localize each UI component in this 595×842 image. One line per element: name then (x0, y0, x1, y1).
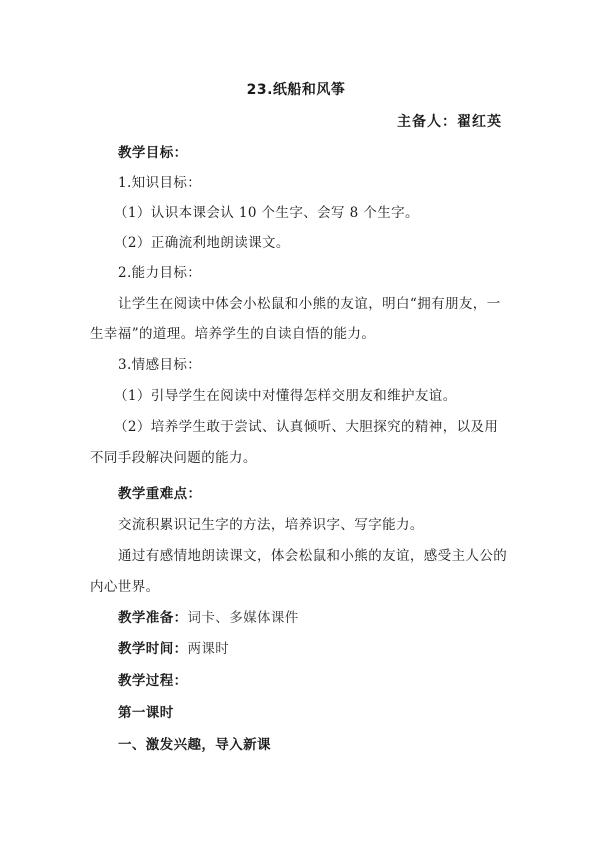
preparation-label: 教学准备： (118, 610, 188, 626)
process-heading: 教学过程： (118, 673, 188, 689)
time-line: 教学时间：两课时 (118, 641, 229, 657)
preparation-value: 词卡、多媒体课件 (188, 610, 299, 626)
ability-heading: 2.能力目标： (118, 265, 201, 281)
knowledge-item-2: （2）正确流利地朗读课文。 (114, 235, 290, 251)
objectives-heading: 教学目标： (118, 145, 188, 161)
key-points-paragraph-2-line-1: 通过有感情地朗读课文，体会松鼠和小熊的友谊，感受主人公的 (118, 548, 507, 564)
key-points-paragraph-2-line-2: 内心世界。 (90, 579, 160, 595)
lesson-one-heading: 第一课时 (118, 705, 174, 721)
emotion-item-2-line-1: （2）培养学生敢于尝试、认真倾听、大胆探究的精神，以及用 (114, 419, 498, 435)
knowledge-item-1: （1）认识本课会认 10 个生字、会写 8 个生字。 (114, 205, 419, 221)
key-points-paragraph-1: 交流积累识记生字的方法，培养识字、写字能力。 (118, 517, 424, 533)
time-value: 两课时 (188, 641, 230, 657)
document-title: 23.纸船和风筝 (90, 79, 502, 99)
step-one-heading: 一、激发兴趣，导入新课 (118, 737, 271, 753)
key-points-heading: 教学重难点： (118, 486, 201, 502)
author-line: 主备人：翟红英 (397, 111, 502, 131)
time-label: 教学时间： (118, 641, 188, 657)
emotion-item-2-line-2: 不同手段解决问题的能力。 (90, 450, 257, 466)
knowledge-heading: 1.知识目标： (118, 175, 201, 191)
ability-paragraph-line-2: 生幸福”的道理。培养学生的自读自悟的能力。 (90, 326, 375, 342)
emotion-item-1: （1）引导学生在阅读中对懂得怎样交朋友和维护友谊。 (114, 388, 457, 404)
preparation-line: 教学准备：词卡、多媒体课件 (118, 610, 299, 626)
ability-paragraph-line-1: 让学生在阅读中体会小松鼠和小熊的友谊，明白“拥有朋友，一 (118, 296, 501, 312)
emotion-heading: 3.情感目标： (118, 357, 201, 373)
